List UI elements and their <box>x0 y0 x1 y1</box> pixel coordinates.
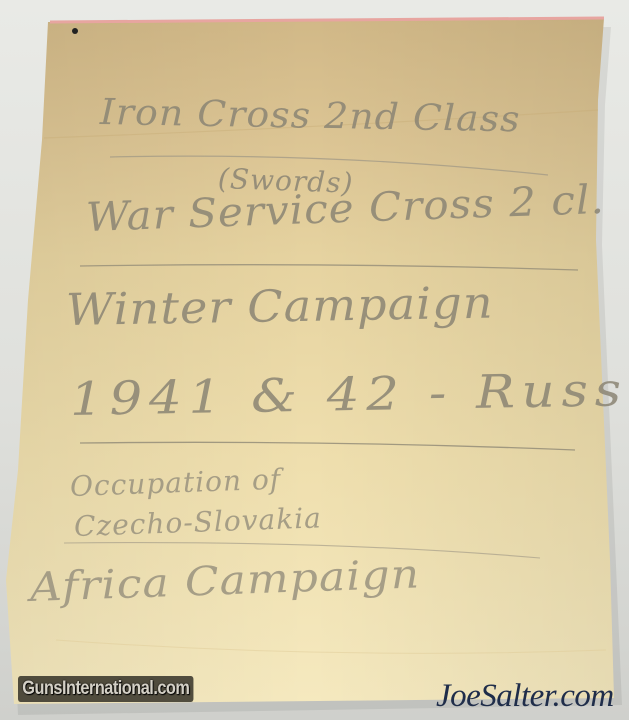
watermark-gunsinternational: GunsInternational.com <box>18 676 194 702</box>
note-line-winter-campaign: Winter Campaign <box>66 278 494 336</box>
ink-dot <box>72 28 78 34</box>
note-line-iron-cross: Iron Cross 2nd Class <box>100 92 521 140</box>
note-line-1941-42-russia: 1941 & 42 - Russia <box>70 361 629 426</box>
watermark-joesalter: JoeSalter.com <box>436 678 614 715</box>
photo: Iron Cross 2nd Class (Swords) War Servic… <box>0 0 629 720</box>
